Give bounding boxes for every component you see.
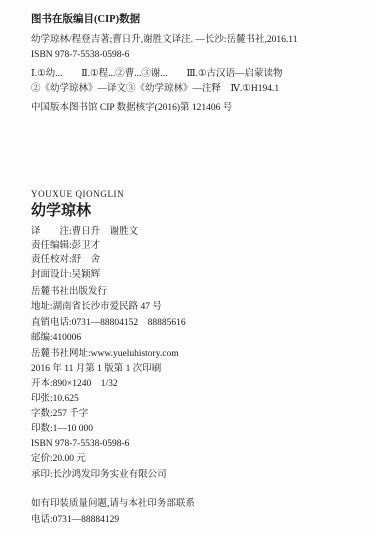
- print-format: 开本:890×1240 1/32: [31, 377, 331, 392]
- publisher-address: 地址:湖南省长沙市爱民路 47 号: [31, 300, 331, 315]
- cip-classification-1: Ⅰ.①幼... Ⅱ.①程...②曹...③谢... Ⅲ.①古汉语—启蒙读物: [31, 67, 353, 82]
- print-wordcount: 字数:257 千字: [31, 407, 331, 422]
- quality-note-phone: 电话:0731—88884129: [31, 513, 331, 529]
- publisher-name: 岳麓书社出版发行: [31, 285, 331, 300]
- credit-proofreader: 责任校对:舒 舍: [31, 253, 331, 267]
- print-isbn: ISBN 978-7-5538-0598-6: [31, 437, 331, 452]
- credit-translator: 译 注:曹日升 谢胜文: [31, 225, 331, 239]
- publisher-sales-phone: 直销电话:0731—88804152 88885616: [31, 316, 331, 331]
- publisher-website: 岳麓书社网址:www.yueluhistory.com: [31, 347, 331, 362]
- quality-note-text: 如有印装质量问题,请与本社印务部联系: [31, 497, 331, 513]
- printer-company: 承印:长沙鸿发印务实业有限公司: [31, 468, 331, 483]
- title-block: YOUXUE QIONGLIN 幼学琼林 译 注:曹日升 谢胜文 责任编辑:彭卫…: [31, 188, 331, 282]
- print-run: 印数:1—10 000: [31, 422, 331, 437]
- credit-cover-designer: 封面设计:吴颖辉: [31, 268, 331, 282]
- credit-editor: 责任编辑:彭卫才: [31, 239, 331, 253]
- print-edition: 2016 年 11 月第 1 版第 1 次印刷: [31, 362, 331, 377]
- cip-description: 幼学琼林/程登吉著;曹日升,谢胜文译注. —长沙:岳麓书社,2016.11: [31, 33, 353, 48]
- cip-data-block: 图书在版编目(CIP)数据 幼学琼林/程登吉著;曹日升,谢胜文译注. —长沙:岳…: [31, 13, 353, 116]
- print-price: 定价:20.00 元: [31, 452, 331, 467]
- cip-classification-2: ②《幼学琼林》—译文③《幼学琼林》—注释 Ⅳ.①H194.1: [31, 82, 353, 97]
- copyright-page: 图书在版编目(CIP)数据 幼学琼林/程登吉著;曹日升,谢胜文译注. —长沙:岳…: [0, 0, 375, 536]
- quality-note-block: 如有印装质量问题,请与本社印务部联系 电话:0731—88884129: [31, 497, 331, 528]
- credits-list: 译 注:曹日升 谢胜文 责任编辑:彭卫才 责任校对:舒 舍 封面设计:吴颖辉: [31, 225, 331, 282]
- book-title: 幼学琼林: [31, 202, 331, 220]
- print-sheets: 印张:10.625: [31, 392, 331, 407]
- cip-isbn: ISBN 978-7-5538-0598-6: [31, 48, 353, 63]
- book-title-pinyin: YOUXUE QIONGLIN: [31, 188, 331, 200]
- publisher-postcode: 邮编:410006: [31, 331, 331, 346]
- print-info-block: 2016 年 11 月第 1 版第 1 次印刷 开本:890×1240 1/32…: [31, 362, 331, 467]
- printer-block: 承印:长沙鸿发印务实业有限公司: [31, 468, 331, 483]
- cip-header: 图书在版编目(CIP)数据: [31, 13, 353, 26]
- cip-registry-number: 中国版本图书馆 CIP 数据核字(2016)第 121406 号: [31, 101, 353, 116]
- publisher-block: 岳麓书社出版发行 地址:湖南省长沙市爱民路 47 号 直销电话:0731—888…: [31, 285, 331, 362]
